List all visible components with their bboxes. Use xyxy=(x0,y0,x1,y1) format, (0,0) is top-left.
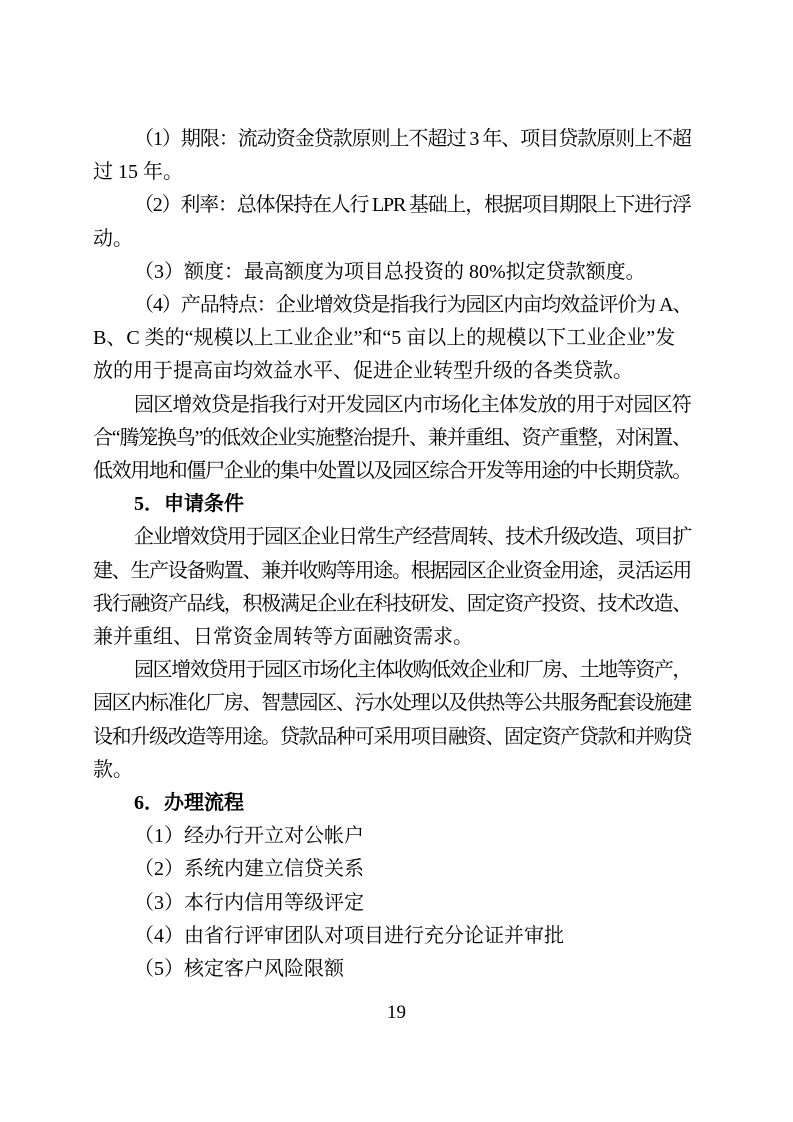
page-number: 19 xyxy=(0,1000,793,1026)
paragraph: （1）期限：流动资金贷款原则上不超过 3 年、项目贷款原则上不超过 15 年。 xyxy=(93,123,691,189)
text-line: 建、生产设备购置、兼并收购等用途。根据园区企业资金用途，灵活运用 xyxy=(93,555,691,588)
paragraph: （3）额度：最高额度为项目总投资的 80%拟定贷款额度。 xyxy=(93,256,691,289)
text-line: （4）产品特点：企业增效贷是指我行为园区内亩均效益评价为 A、 xyxy=(93,289,691,322)
paragraph: （2）系统内建立信贷关系 xyxy=(93,853,691,886)
text-line: 兼并重组、日常资金周转等方面融资需求。 xyxy=(93,621,691,654)
text-line: 合“腾笼换鸟”的低效企业实施整治提升、兼并重组、资产重整，对闲置、 xyxy=(93,422,691,455)
document-page: （1）期限：流动资金贷款原则上不超过 3 年、项目贷款原则上不超过 15 年。（… xyxy=(0,0,793,1122)
text-line: B、C 类的“规模以上工业企业”和“5 亩以上的规模以下工业企业”发 xyxy=(93,322,691,355)
text-line: 园区增效贷用于园区市场化主体收购低效企业和厂房、土地等资产， xyxy=(93,654,691,687)
paragraph: 园区增效贷用于园区市场化主体收购低效企业和厂房、土地等资产，园区内标准化厂房、智… xyxy=(93,654,691,787)
text-line: 过 15 年。 xyxy=(93,156,691,189)
paragraph: 企业增效贷用于园区企业日常生产经营周转、技术升级改造、项目扩建、生产设备购置、兼… xyxy=(93,521,691,654)
text-line: 企业增效贷用于园区企业日常生产经营周转、技术升级改造、项目扩 xyxy=(93,521,691,554)
text-line: （3）本行内信用等级评定 xyxy=(93,887,691,920)
text-line: 放的用于提高亩均效益水平、促进企业转型升级的各类贷款。 xyxy=(93,355,691,388)
paragraph: 园区增效贷是指我行对开发园区内市场化主体发放的用于对园区符合“腾笼换鸟”的低效企… xyxy=(93,389,691,489)
text-line: 5．申请条件 xyxy=(93,488,691,521)
section-heading: 6．办理流程 xyxy=(93,787,691,820)
text-line: （1）期限：流动资金贷款原则上不超过 3 年、项目贷款原则上不超 xyxy=(93,123,691,156)
text-line: （2）利率：总体保持在人行 LPR 基础上，根据项目期限上下进行浮 xyxy=(93,189,691,222)
section-heading: 5．申请条件 xyxy=(93,488,691,521)
text-line: 6．办理流程 xyxy=(93,787,691,820)
text-line: （1）经办行开立对公帐户 xyxy=(93,820,691,853)
text-line: （3）额度：最高额度为项目总投资的 80%拟定贷款额度。 xyxy=(93,256,691,289)
document-body: （1）期限：流动资金贷款原则上不超过 3 年、项目贷款原则上不超过 15 年。（… xyxy=(93,123,691,986)
text-line: 设和升级改造等用途。贷款品种可采用项目融资、固定资产贷款和并购贷 xyxy=(93,721,691,754)
paragraph: （1）经办行开立对公帐户 xyxy=(93,820,691,853)
text-line: （2）系统内建立信贷关系 xyxy=(93,853,691,886)
paragraph: （4）产品特点：企业增效贷是指我行为园区内亩均效益评价为 A、B、C 类的“规模… xyxy=(93,289,691,389)
text-line: （5）核定客户风险限额 xyxy=(93,953,691,986)
text-line: 我行融资产品线，积极满足企业在科技研发、固定资产投资、技术改造、 xyxy=(93,588,691,621)
paragraph: （3）本行内信用等级评定 xyxy=(93,887,691,920)
paragraph: （2）利率：总体保持在人行 LPR 基础上，根据项目期限上下进行浮动。 xyxy=(93,189,691,255)
paragraph: （5）核定客户风险限额 xyxy=(93,953,691,986)
paragraph: （4）由省行评审团队对项目进行充分论证并审批 xyxy=(93,920,691,953)
text-line: （4）由省行评审团队对项目进行充分论证并审批 xyxy=(93,920,691,953)
text-line: 动。 xyxy=(93,223,691,256)
text-line: 款。 xyxy=(93,754,691,787)
text-line: 园区增效贷是指我行对开发园区内市场化主体发放的用于对园区符 xyxy=(93,389,691,422)
text-line: 园区内标准化厂房、智慧园区、污水处理以及供热等公共服务配套设施建 xyxy=(93,687,691,720)
text-line: 低效用地和僵尸企业的集中处置以及园区综合开发等用途的中长期贷款。 xyxy=(93,455,691,488)
